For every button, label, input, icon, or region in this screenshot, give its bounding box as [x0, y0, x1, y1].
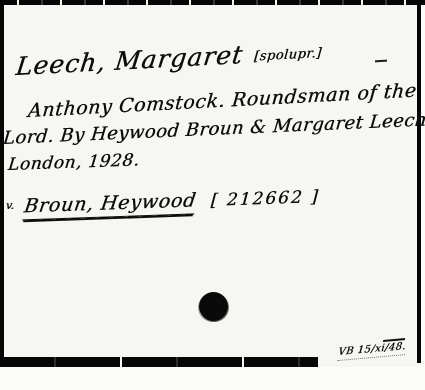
- stray-pen-mark: [375, 60, 387, 63]
- card-left-edge: [0, 0, 4, 366]
- heading-line: Leech, Margaret [spolupr.]: [15, 36, 322, 81]
- imprint-line: London, 1928.: [7, 150, 141, 175]
- heading-role-qualifier: [spolupr.]: [254, 46, 323, 65]
- heading-author-name: Leech, Margaret: [14, 40, 245, 81]
- catalog-card-scan: Leech, Margaret [spolupr.] Anthony Comst…: [0, 0, 425, 390]
- cross-reference-line: v. Broun, Heywood [ 212662 ]: [6, 185, 321, 221]
- cross-reference-name: Broun, Heywood: [22, 189, 198, 220]
- scanner-background-bottom: [0, 367, 425, 390]
- card-right-edge: [417, 0, 421, 363]
- date-annotation: VB 15/xi/48.: [337, 341, 406, 361]
- cross-reference-prefix: v.: [5, 199, 15, 212]
- punch-hole-icon: [199, 292, 228, 321]
- card-bottom-edge: [0, 357, 318, 367]
- scanner-background-right: [421, 0, 425, 390]
- cross-reference-shelf-number: [ 212662 ]: [210, 187, 320, 211]
- card-top-edge: [0, 0, 425, 5]
